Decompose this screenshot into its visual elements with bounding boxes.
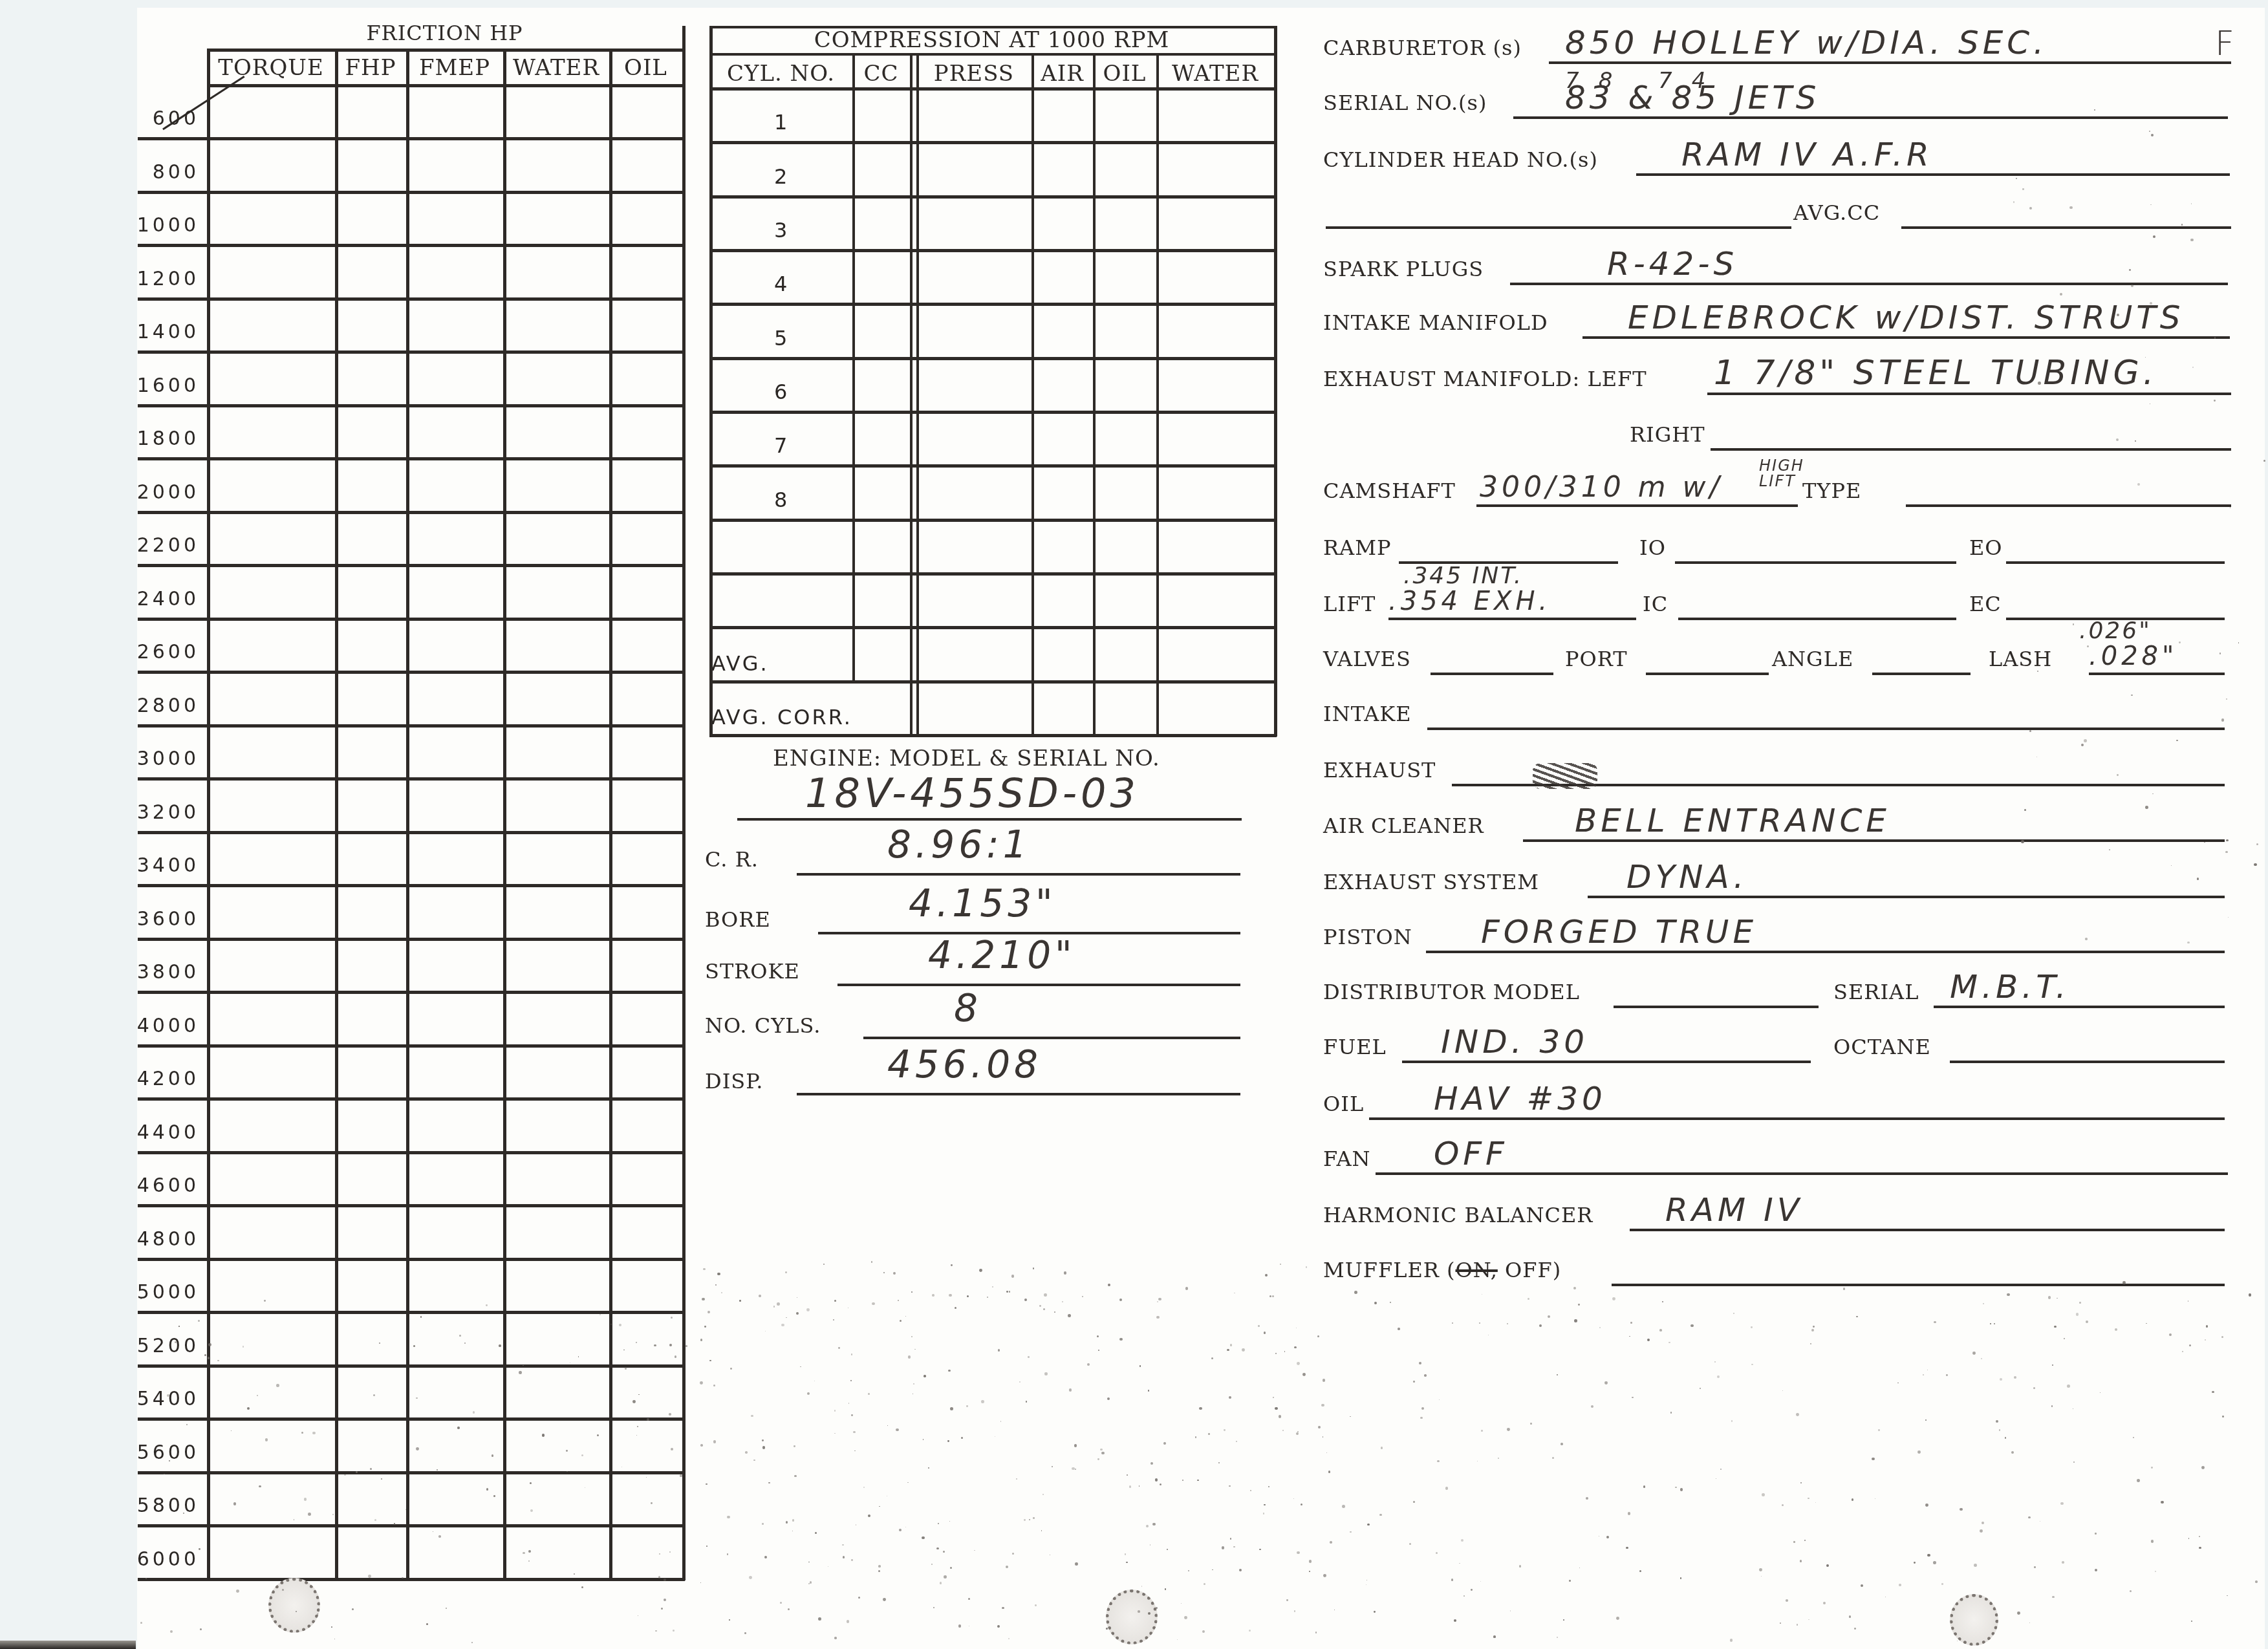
friction-cell-3000-fhp[interactable] bbox=[338, 727, 406, 778]
friction-cell-5200-fmep[interactable] bbox=[409, 1314, 503, 1364]
field-spark-plugs[interactable]: R-42-S bbox=[1607, 245, 2228, 283]
friction-cell-4000-oil[interactable] bbox=[612, 994, 682, 1044]
friction-cell-6000-fhp[interactable] bbox=[338, 1527, 406, 1578]
compression-cell-6-3[interactable] bbox=[1035, 360, 1093, 411]
photocopy-speck bbox=[1498, 1458, 1499, 1459]
photocopy-speck bbox=[420, 1316, 422, 1317]
friction-cell-3200-water[interactable] bbox=[506, 781, 609, 831]
photocopy-speck bbox=[851, 1414, 853, 1416]
friction-cell-600-oil[interactable] bbox=[612, 87, 682, 137]
photocopy-speck bbox=[808, 1583, 810, 1584]
compression-cell-1-1[interactable] bbox=[856, 91, 910, 141]
friction-cell-4600-oil[interactable] bbox=[612, 1154, 682, 1205]
photocopy-speck bbox=[818, 1617, 821, 1621]
friction-cell-1200-oil[interactable] bbox=[612, 247, 682, 297]
friction-cell-6000-fmep[interactable] bbox=[409, 1527, 503, 1578]
friction-cell-3600-water[interactable] bbox=[506, 887, 609, 938]
friction-cell-4200-oil[interactable] bbox=[612, 1048, 682, 1098]
friction-cell-2400-oil[interactable] bbox=[612, 567, 682, 618]
photocopy-speck bbox=[426, 1623, 428, 1625]
photocopy-speck bbox=[786, 1521, 788, 1523]
photocopy-speck bbox=[2227, 1595, 2227, 1596]
compression-cell-7-5[interactable] bbox=[1160, 414, 1274, 464]
photocopy-speck bbox=[2199, 1536, 2200, 1537]
friction-cell-2400-fhp[interactable] bbox=[338, 567, 406, 618]
photocopy-speck bbox=[745, 1451, 748, 1454]
field-eo[interactable] bbox=[2013, 528, 2225, 561]
friction-col-oil: OIL bbox=[609, 55, 682, 81]
friction-cell-3800-torque[interactable] bbox=[210, 941, 335, 991]
compression-cell-10-3[interactable] bbox=[1035, 576, 1093, 626]
friction-cell-5400-fhp[interactable] bbox=[338, 1368, 406, 1418]
field-line bbox=[1549, 61, 2231, 64]
rpm-label: 3200 bbox=[135, 801, 199, 824]
compression-cell-11-3[interactable] bbox=[1035, 629, 1093, 680]
field-camshaft-type[interactable] bbox=[1912, 471, 2231, 504]
friction-cell-600-fhp[interactable] bbox=[338, 87, 406, 137]
friction-cell-5200-water[interactable] bbox=[506, 1314, 609, 1364]
friction-cell-2800-torque[interactable] bbox=[210, 674, 335, 724]
muffler-on-struck[interactable]: ON, bbox=[1456, 1258, 1498, 1282]
field-ec[interactable] bbox=[2013, 584, 2225, 618]
friction-cell-3800-oil[interactable] bbox=[612, 941, 682, 991]
field-fan[interactable]: OFF bbox=[1434, 1135, 2228, 1172]
friction-cell-3400-fhp[interactable] bbox=[338, 834, 406, 885]
friction-cell-3000-torque[interactable] bbox=[210, 727, 335, 778]
friction-cell-1600-torque[interactable] bbox=[210, 354, 335, 404]
compression-cell-3-5[interactable] bbox=[1160, 199, 1274, 249]
field-lash[interactable]: .028" bbox=[2089, 641, 2225, 673]
friction-cell-5800-torque[interactable] bbox=[210, 1474, 335, 1525]
photocopy-speck bbox=[878, 1570, 880, 1572]
photocopy-speck bbox=[2016, 178, 2017, 179]
field-lift[interactable]: .354 EXH. bbox=[1388, 587, 1636, 618]
friction-cell-1000-oil[interactable] bbox=[612, 194, 682, 244]
friction-cell-6000-water[interactable] bbox=[506, 1527, 609, 1578]
friction-cell-1800-water[interactable] bbox=[506, 407, 609, 458]
friction-cell-1800-torque[interactable] bbox=[210, 407, 335, 458]
friction-cell-3400-water[interactable] bbox=[506, 834, 609, 885]
compression-cell-1-2[interactable] bbox=[920, 91, 1031, 141]
compression-cell-6-5[interactable] bbox=[1160, 360, 1274, 411]
compression-cell-4-5[interactable] bbox=[1160, 252, 1274, 303]
photocopy-speck bbox=[2228, 917, 2229, 918]
friction-cell-3200-oil[interactable] bbox=[612, 781, 682, 831]
friction-cell-1600-fmep[interactable] bbox=[409, 354, 503, 404]
field-octane[interactable] bbox=[1956, 1027, 2225, 1061]
compression-cell-12-3[interactable] bbox=[1035, 684, 1093, 734]
compression-cell-4-4[interactable] bbox=[1096, 252, 1156, 303]
compression-cell-8-1[interactable] bbox=[856, 468, 910, 518]
friction-cell-600-water[interactable] bbox=[506, 87, 609, 137]
friction-cell-2200-torque[interactable] bbox=[210, 514, 335, 565]
friction-cell-800-torque[interactable] bbox=[210, 140, 335, 191]
friction-cell-5000-fmep[interactable] bbox=[409, 1261, 503, 1311]
friction-cell-2800-fmep[interactable] bbox=[409, 674, 503, 724]
photocopy-speck bbox=[2153, 235, 2155, 238]
friction-cell-2600-oil[interactable] bbox=[612, 621, 682, 671]
friction-cell-3600-oil[interactable] bbox=[612, 887, 682, 938]
friction-cell-4200-fmep[interactable] bbox=[409, 1048, 503, 1098]
friction-cell-3400-torque[interactable] bbox=[210, 834, 335, 885]
friction-cell-4400-fhp[interactable] bbox=[338, 1101, 406, 1151]
compression-cell-12-4[interactable] bbox=[1096, 684, 1156, 734]
photocopy-speck bbox=[2189, 1344, 2191, 1346]
friction-cell-5800-fhp[interactable] bbox=[338, 1474, 406, 1525]
friction-cell-1000-water[interactable] bbox=[506, 194, 609, 244]
friction-cell-2800-oil[interactable] bbox=[612, 674, 682, 724]
compression-cell-7-2[interactable] bbox=[920, 414, 1031, 464]
friction-cell-5400-fmep[interactable] bbox=[409, 1368, 503, 1418]
field-fuel[interactable]: IND. 30 bbox=[1441, 1023, 1811, 1061]
compression-cell-10-2[interactable] bbox=[920, 576, 1031, 626]
friction-cell-5200-torque[interactable] bbox=[210, 1314, 335, 1364]
friction-cell-5800-oil[interactable] bbox=[612, 1474, 682, 1525]
friction-cell-800-water[interactable] bbox=[506, 140, 609, 191]
friction-cell-3600-torque[interactable] bbox=[210, 887, 335, 938]
photocopy-speck bbox=[1381, 1447, 1383, 1449]
field-intake[interactable] bbox=[1434, 694, 2225, 727]
friction-cell-5000-water[interactable] bbox=[506, 1261, 609, 1311]
friction-cell-5600-water[interactable] bbox=[506, 1421, 609, 1471]
photocopy-speck bbox=[1097, 1458, 1099, 1460]
friction-cell-5600-fmep[interactable] bbox=[409, 1421, 503, 1471]
photocopy-speck bbox=[1632, 1397, 1634, 1399]
engine-field-disp[interactable]: 456.08 bbox=[887, 1042, 1240, 1086]
photocopy-speck bbox=[768, 1482, 770, 1484]
friction-cell-4000-torque[interactable] bbox=[210, 994, 335, 1044]
model-serial-field[interactable]: 18V-455SD-03 bbox=[805, 770, 1139, 817]
compression-cell-10-5[interactable] bbox=[1160, 576, 1274, 626]
compression-cell-3-3[interactable] bbox=[1035, 199, 1093, 249]
friction-cell-2000-fhp[interactable] bbox=[338, 460, 406, 511]
friction-cell-4600-water[interactable] bbox=[506, 1154, 609, 1205]
friction-cell-3800-water[interactable] bbox=[506, 941, 609, 991]
friction-cell-6000-torque[interactable] bbox=[210, 1527, 335, 1578]
friction-cell-4200-fhp[interactable] bbox=[338, 1048, 406, 1098]
photocopy-speck bbox=[646, 1477, 647, 1478]
photocopy-speck bbox=[1167, 1549, 1168, 1550]
friction-cell-1200-fhp[interactable] bbox=[338, 247, 406, 297]
friction-cell-3200-fhp[interactable] bbox=[338, 781, 406, 831]
friction-cell-4000-fhp[interactable] bbox=[338, 994, 406, 1044]
friction-cell-5600-torque[interactable] bbox=[210, 1421, 335, 1471]
label-camshaft-type: TYPE bbox=[1802, 479, 1861, 503]
friction-cell-3800-fmep[interactable] bbox=[409, 941, 503, 991]
photocopy-speck bbox=[2221, 718, 2224, 721]
friction-cell-1000-fhp[interactable] bbox=[338, 194, 406, 244]
compression-cell-7-3[interactable] bbox=[1035, 414, 1093, 464]
engine-field-no-cyls[interactable]: 8 bbox=[954, 986, 1240, 1030]
friction-cell-3000-water[interactable] bbox=[506, 727, 609, 778]
friction-cell-4600-fmep[interactable] bbox=[409, 1154, 503, 1205]
compression-cell-9-1[interactable] bbox=[856, 522, 910, 572]
field-cylinder-head[interactable]: RAM IV A.F.R bbox=[1681, 136, 2230, 173]
compression-cell-1-5[interactable] bbox=[1160, 91, 1274, 141]
compression-cell-8-4[interactable] bbox=[1096, 468, 1156, 518]
friction-cell-5400-oil[interactable] bbox=[612, 1368, 682, 1418]
friction-cell-600-torque[interactable] bbox=[210, 87, 335, 137]
friction-cell-4600-fhp[interactable] bbox=[338, 1154, 406, 1205]
field-oil[interactable]: HAV #30 bbox=[1434, 1080, 2225, 1117]
field-exhaust-manifold[interactable]: 1 7/8" STEEL TUBING. bbox=[1714, 354, 2231, 393]
compression-column-line bbox=[1156, 53, 1159, 737]
friction-cell-4400-torque[interactable] bbox=[210, 1101, 335, 1151]
friction-cell-5800-fmep[interactable] bbox=[409, 1474, 503, 1525]
friction-cell-4200-water[interactable] bbox=[506, 1048, 609, 1098]
friction-cell-2600-fhp[interactable] bbox=[338, 621, 406, 671]
friction-cell-1200-water[interactable] bbox=[506, 247, 609, 297]
compression-cell-10-1[interactable] bbox=[856, 576, 910, 626]
friction-cell-3200-fmep[interactable] bbox=[409, 781, 503, 831]
compression-cell-12-2[interactable] bbox=[920, 684, 1031, 734]
compression-cell-11-2[interactable] bbox=[920, 629, 1031, 680]
compression-cell-1-3[interactable] bbox=[1035, 91, 1093, 141]
friction-cell-5600-oil[interactable] bbox=[612, 1421, 682, 1471]
friction-cell-4800-fhp[interactable] bbox=[338, 1207, 406, 1258]
compression-cell-3-2[interactable] bbox=[920, 199, 1031, 249]
friction-cell-5200-fhp[interactable] bbox=[338, 1314, 406, 1364]
compression-cell-5-2[interactable] bbox=[920, 306, 1031, 356]
photocopy-speck bbox=[2094, 109, 2095, 110]
photocopy-speck bbox=[1229, 1396, 1231, 1399]
field-distributor-serial[interactable]: M.B.T. bbox=[1950, 968, 2225, 1006]
compression-cell-2-5[interactable] bbox=[1160, 144, 1274, 195]
compression-column-line bbox=[852, 53, 855, 680]
friction-cell-5000-oil[interactable] bbox=[612, 1261, 682, 1311]
friction-cell-4400-oil[interactable] bbox=[612, 1101, 682, 1151]
friction-cell-4800-oil[interactable] bbox=[612, 1207, 682, 1258]
friction-cell-4600-torque[interactable] bbox=[210, 1154, 335, 1205]
friction-cell-3400-fmep[interactable] bbox=[409, 834, 503, 885]
photocopy-speck bbox=[2145, 806, 2148, 809]
engine-field-c-r[interactable]: 8.96:1 bbox=[887, 823, 1240, 867]
compression-cell-9-2[interactable] bbox=[920, 522, 1031, 572]
photocopy-speck bbox=[2095, 1569, 2097, 1571]
friction-cell-2200-fhp[interactable] bbox=[338, 514, 406, 565]
friction-cell-3000-fmep[interactable] bbox=[409, 727, 503, 778]
friction-cell-2800-water[interactable] bbox=[506, 674, 609, 724]
photocopy-speck bbox=[1797, 1624, 1798, 1625]
friction-cell-5800-water[interactable] bbox=[506, 1474, 609, 1525]
label-oil: OIL bbox=[1323, 1092, 1364, 1116]
photocopy-speck bbox=[236, 1590, 239, 1593]
friction-cell-1400-fmep[interactable] bbox=[409, 301, 503, 351]
friction-cell-3800-fhp[interactable] bbox=[338, 941, 406, 991]
photocopy-speck bbox=[834, 1300, 836, 1302]
friction-cell-6000-oil[interactable] bbox=[612, 1527, 682, 1578]
compression-cell-12-5[interactable] bbox=[1160, 684, 1274, 734]
photocopy-speck bbox=[2187, 942, 2190, 944]
friction-cell-600-fmep[interactable] bbox=[409, 87, 503, 137]
field-line bbox=[1675, 561, 1956, 564]
compression-cell-6-4[interactable] bbox=[1096, 360, 1156, 411]
compression-cell-11-1[interactable] bbox=[856, 629, 910, 680]
photocopy-speck bbox=[1139, 1485, 1140, 1487]
compression-cell-9-3[interactable] bbox=[1035, 522, 1093, 572]
label-harmonic-balancer: HARMONIC BALANCER bbox=[1323, 1203, 1593, 1227]
compression-cell-5-1[interactable] bbox=[856, 306, 910, 356]
compression-cell-4-1[interactable] bbox=[856, 252, 910, 303]
friction-cell-2400-torque[interactable] bbox=[210, 567, 335, 618]
friction-cell-1800-oil[interactable] bbox=[612, 407, 682, 458]
friction-cell-1800-fmep[interactable] bbox=[409, 407, 503, 458]
friction-cell-5400-water[interactable] bbox=[506, 1368, 609, 1418]
field-camshaft[interactable]: 300/310 m w/ bbox=[1480, 471, 1798, 504]
photocopy-speck bbox=[749, 1576, 752, 1579]
friction-cell-5600-fhp[interactable] bbox=[338, 1421, 406, 1471]
friction-cell-1600-water[interactable] bbox=[506, 354, 609, 404]
compression-cell-9-5[interactable] bbox=[1160, 522, 1274, 572]
friction-cell-2400-water[interactable] bbox=[506, 567, 609, 618]
friction-cell-2200-water[interactable] bbox=[506, 514, 609, 565]
photocopy-speck bbox=[2000, 1378, 2002, 1381]
photocopy-speck bbox=[1127, 1474, 1128, 1476]
compression-cell-2-4[interactable] bbox=[1096, 144, 1156, 195]
friction-cell-1400-fhp[interactable] bbox=[338, 301, 406, 351]
friction-cell-2800-fhp[interactable] bbox=[338, 674, 406, 724]
friction-cell-2600-fmep[interactable] bbox=[409, 621, 503, 671]
photocopy-speck bbox=[1563, 1619, 1564, 1621]
compression-cell-4-3[interactable] bbox=[1035, 252, 1093, 303]
photocopy-speck bbox=[1612, 1297, 1615, 1300]
field-carburetor[interactable]: 850 HOLLEY w/DIA. SEC. bbox=[1565, 24, 2231, 61]
photocopy-speck bbox=[762, 1446, 766, 1449]
field-harmonic-balancer[interactable]: RAM IV bbox=[1665, 1191, 2225, 1229]
compression-cell-11-5[interactable] bbox=[1160, 629, 1274, 680]
photocopy-speck bbox=[948, 1370, 950, 1372]
field-avg-cc[interactable] bbox=[1908, 193, 2231, 226]
compression-cell-5-5[interactable] bbox=[1160, 306, 1274, 356]
compression-cell-7-4[interactable] bbox=[1096, 414, 1156, 464]
friction-cell-5000-fhp[interactable] bbox=[338, 1261, 406, 1311]
friction-cell-3600-fhp[interactable] bbox=[338, 887, 406, 938]
field-distributor-model[interactable] bbox=[1620, 972, 1819, 1006]
friction-cell-2600-water[interactable] bbox=[506, 621, 609, 671]
field-port[interactable] bbox=[1652, 639, 1769, 673]
compression-cell-8-5[interactable] bbox=[1160, 468, 1274, 518]
photocopy-speck bbox=[1100, 1449, 1102, 1450]
field-exhaust-right[interactable] bbox=[1717, 415, 2231, 448]
field-piston[interactable]: FORGED TRUE bbox=[1481, 913, 2225, 951]
compression-cell-2-3[interactable] bbox=[1035, 144, 1093, 195]
compression-cell-1-4[interactable] bbox=[1096, 91, 1156, 141]
compression-cell-3-4[interactable] bbox=[1096, 199, 1156, 249]
field-line bbox=[1630, 1229, 2225, 1231]
friction-cell-4000-water[interactable] bbox=[506, 994, 609, 1044]
friction-cell-1600-fhp[interactable] bbox=[338, 354, 406, 404]
friction-cell-1200-fmep[interactable] bbox=[409, 247, 503, 297]
friction-cell-1400-oil[interactable] bbox=[612, 301, 682, 351]
photocopy-speck bbox=[1914, 1562, 1916, 1564]
photocopy-speck bbox=[2014, 1376, 2016, 1379]
compression-cell-7-1[interactable] bbox=[856, 414, 910, 464]
friction-cell-800-fmep[interactable] bbox=[409, 140, 503, 191]
friction-cell-1400-water[interactable] bbox=[506, 301, 609, 351]
friction-cell-2400-fmep[interactable] bbox=[409, 567, 503, 618]
compression-cell-3-1[interactable] bbox=[856, 199, 910, 249]
compression-cell-2-1[interactable] bbox=[856, 144, 910, 195]
friction-cell-5200-oil[interactable] bbox=[612, 1314, 682, 1364]
friction-cell-4800-water[interactable] bbox=[506, 1207, 609, 1258]
friction-cell-3600-fmep[interactable] bbox=[409, 887, 503, 938]
compression-cell-5-3[interactable] bbox=[1035, 306, 1093, 356]
friction-cell-2000-torque[interactable] bbox=[210, 460, 335, 511]
field-io[interactable] bbox=[1681, 528, 1956, 561]
friction-cell-2000-water[interactable] bbox=[506, 460, 609, 511]
field-ramp[interactable] bbox=[1405, 528, 1618, 561]
field-intake-manifold[interactable]: EDLEBROCK w/DIST. STRUTS bbox=[1628, 299, 2230, 336]
engine-field-stroke[interactable]: 4.210" bbox=[928, 933, 1240, 977]
friction-cell-1200-torque[interactable] bbox=[210, 247, 335, 297]
friction-cell-800-fhp[interactable] bbox=[338, 140, 406, 191]
compression-cell-11-4[interactable] bbox=[1096, 629, 1156, 680]
label-exhaust: EXHAUST bbox=[1323, 758, 1436, 782]
friction-cell-2600-torque[interactable] bbox=[210, 621, 335, 671]
compression-cell-6-2[interactable] bbox=[920, 360, 1031, 411]
compression-cell-9-4[interactable] bbox=[1096, 522, 1156, 572]
friction-cell-1600-oil[interactable] bbox=[612, 354, 682, 404]
friction-cell-1800-fhp[interactable] bbox=[338, 407, 406, 458]
field-angle[interactable] bbox=[1879, 639, 1971, 673]
muffler-off[interactable]: OFF) bbox=[1498, 1258, 1561, 1282]
friction-cell-4400-fmep[interactable] bbox=[409, 1101, 503, 1151]
field-muffler[interactable] bbox=[1612, 1248, 2225, 1284]
friction-cell-1000-torque[interactable] bbox=[210, 194, 335, 244]
friction-cell-2000-fmep[interactable] bbox=[409, 460, 503, 511]
friction-cell-5400-torque[interactable] bbox=[210, 1368, 335, 1418]
friction-cell-2000-oil[interactable] bbox=[612, 460, 682, 511]
friction-cell-2200-oil[interactable] bbox=[612, 514, 682, 565]
compression-cell-10-4[interactable] bbox=[1096, 576, 1156, 626]
compression-cell-4-2[interactable] bbox=[920, 252, 1031, 303]
engine-field-bore[interactable]: 4.153" bbox=[909, 881, 1240, 925]
field-valves[interactable] bbox=[1437, 639, 1553, 673]
friction-cell-3400-oil[interactable] bbox=[612, 834, 682, 885]
photocopy-speck bbox=[1317, 1335, 1319, 1337]
photocopy-speck bbox=[1286, 1599, 1288, 1601]
friction-cell-5000-torque[interactable] bbox=[210, 1261, 335, 1311]
photocopy-speck bbox=[486, 1304, 488, 1306]
field-line bbox=[1476, 504, 1798, 507]
friction-cell-4400-water[interactable] bbox=[506, 1101, 609, 1151]
compression-cell-8-3[interactable] bbox=[1035, 468, 1093, 518]
field-exhaust-system[interactable]: DYNA. bbox=[1626, 858, 2225, 896]
compression-cell-2-2[interactable] bbox=[920, 144, 1031, 195]
compression-cell-8-2[interactable] bbox=[920, 468, 1031, 518]
friction-cell-4200-torque[interactable] bbox=[210, 1048, 335, 1098]
friction-cell-1000-fmep[interactable] bbox=[409, 194, 503, 244]
photocopy-speck bbox=[938, 1523, 939, 1524]
compression-cell-5-4[interactable] bbox=[1096, 306, 1156, 356]
friction-cell-2200-fmep[interactable] bbox=[409, 514, 503, 565]
compression-cell-6-1[interactable] bbox=[856, 360, 910, 411]
field-ic[interactable] bbox=[1685, 584, 1956, 618]
friction-cell-4800-fmep[interactable] bbox=[409, 1207, 503, 1258]
friction-cell-3000-oil[interactable] bbox=[612, 727, 682, 778]
photocopy-speck bbox=[944, 1575, 947, 1579]
friction-cell-4800-torque[interactable] bbox=[210, 1207, 335, 1258]
friction-cell-1400-torque[interactable] bbox=[210, 301, 335, 351]
photocopy-speck bbox=[2069, 206, 2072, 209]
friction-cell-4000-fmep[interactable] bbox=[409, 994, 503, 1044]
photocopy-speck bbox=[1264, 1331, 1266, 1334]
friction-cell-3200-torque[interactable] bbox=[210, 781, 335, 831]
photocopy-speck bbox=[2137, 1479, 2140, 1482]
field-air-cleaner[interactable]: BELL ENTRANCE bbox=[1575, 802, 2225, 839]
photocopy-speck bbox=[664, 1579, 666, 1581]
friction-cell-800-oil[interactable] bbox=[612, 140, 682, 191]
